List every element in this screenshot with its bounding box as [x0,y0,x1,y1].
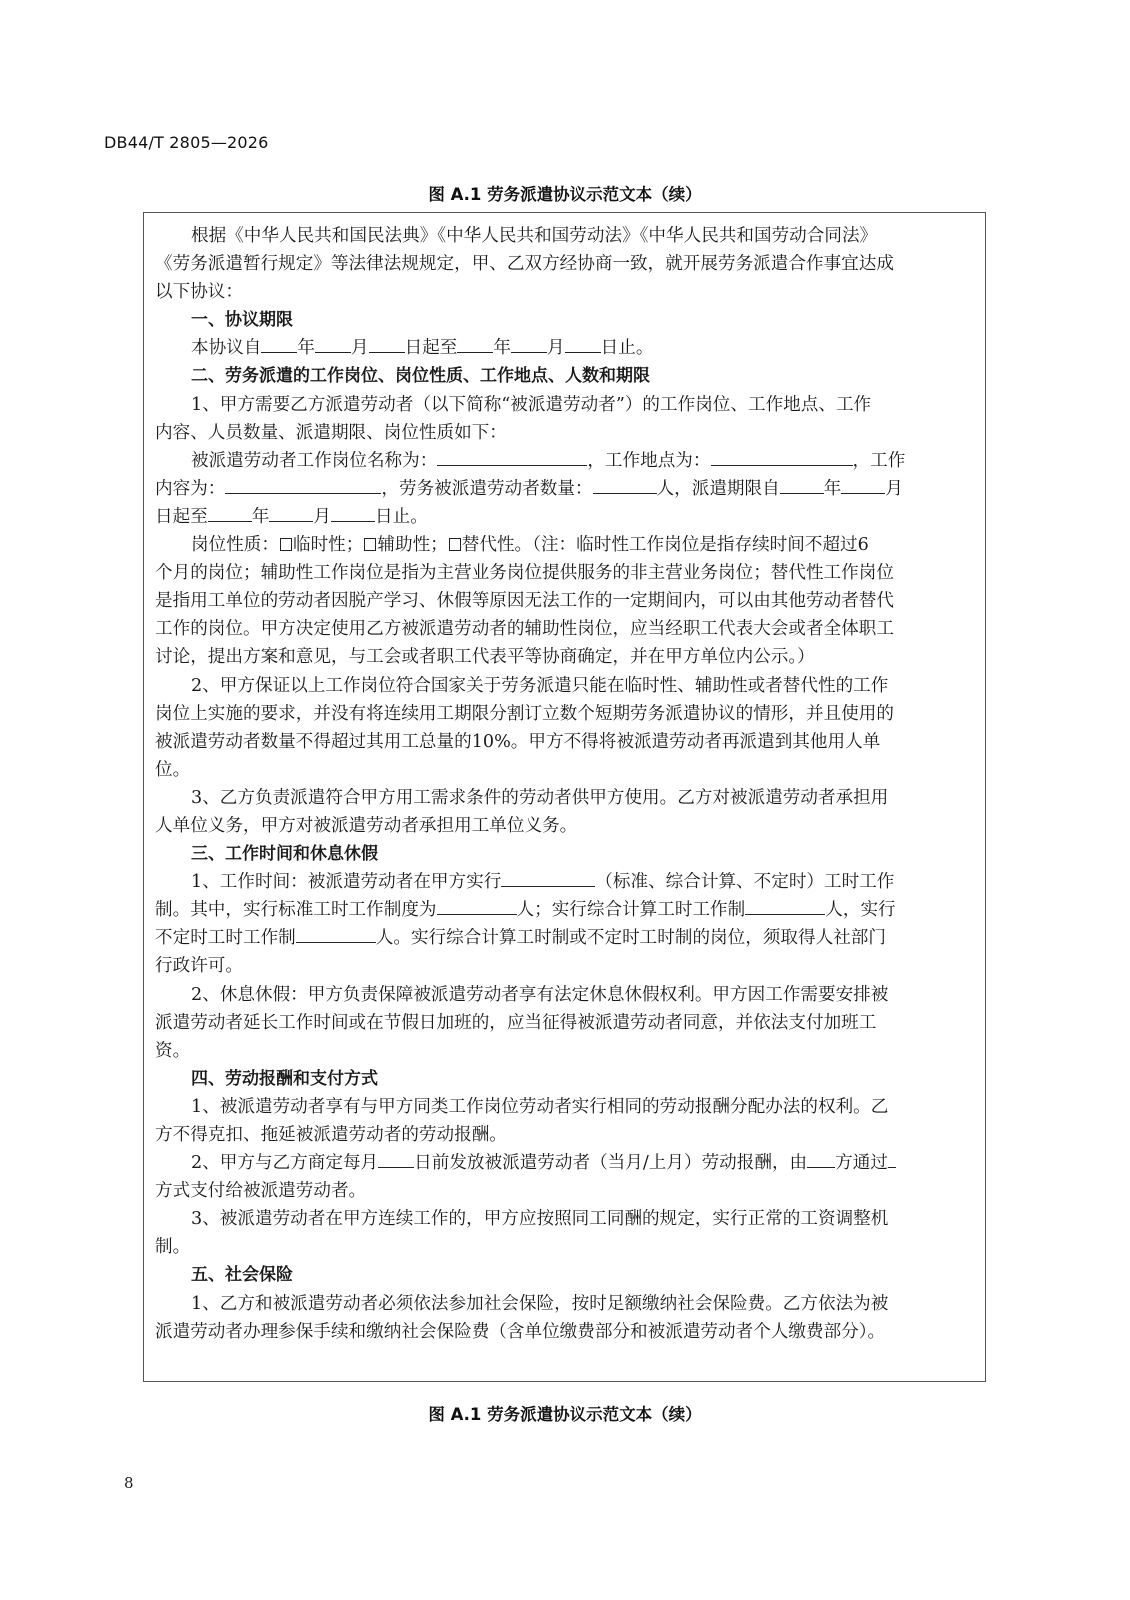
comprehensive-hours-count-field[interactable] [745,896,825,915]
pay-line: 2、甲方与乙方商定每月日前发放被派遣劳动者（当月/上月）劳动报酬，由方通过 [155,1149,977,1177]
post-line: 日起至年月日止。 [155,503,977,531]
paragraph-line: 行政许可。 [155,952,977,980]
paragraph-line: 人单位义务，甲方对被派遣劳动者承担用工单位义务。 [155,812,977,840]
text: 月 [547,338,565,358]
text: 人，实行 [825,900,895,920]
text: 年 [493,338,511,358]
text: 2、甲方与乙方商定每月 [191,1153,378,1173]
blank-field[interactable] [780,475,824,494]
text: ，劳务被派遣劳动者数量： [381,479,592,499]
text: 月 [885,479,903,499]
paragraph-line: 1、甲方需要乙方派遣劳动者（以下简称“被派遣劳动者”）的工作岗位、工作地点、工作 [155,391,977,419]
paragraph-line: 3、被派遣劳动者在甲方连续工作的，甲方应按照同工同酬的规定，实行正常的工资调整机 [155,1205,977,1233]
text: 1、工作时间：被派遣劳动者在甲方实行 [191,872,501,892]
paragraph-line: 资。 [155,1037,977,1065]
text: 日起至 [155,507,208,527]
checkbox-auxiliary[interactable] [364,538,376,551]
figure-caption-top: 图 A.1 劳务派遣协议示范文本（续） [0,181,1130,205]
paragraph-line: 讨论，提出方案和意见，与工会或者职工代表平等协商确定，并在甲方单位内公示。） [155,643,977,671]
paragraph-line: 派遣劳动者办理参保手续和缴纳社会保险费（含单位缴费部分和被派遣劳动者个人缴费部分… [155,1318,977,1346]
blank-field[interactable] [315,334,351,353]
post-name-field[interactable] [437,447,587,466]
paragraph-line: 方不得克扣、拖延被派遣劳动者的劳动报酬。 [155,1121,977,1149]
hours-line: 不定时工时工作制人。实行综合计算工时制或不定时工时制的岗位，须取得人社部门 [155,924,977,952]
post-nature-line: 岗位性质：临时性；辅助性；替代性。（注：临时性工作岗位是指存续时间不超过6 [155,531,977,559]
text: 不定时工时工作制 [155,928,296,948]
paragraph-line: 岗位上实施的要求，并没有将连续用工期限分割订立数个短期劳务派遣协议的情形，并且使… [155,700,977,728]
section-title-remuneration: 四、劳动报酬和支付方式 [155,1065,977,1093]
figure-caption-bottom: 图 A.1 劳务派遣协议示范文本（续） [0,1401,1130,1425]
paragraph-line: 制。 [155,1233,977,1261]
paragraph-line: 1、被派遣劳动者享有与甲方同类工作岗位劳动者实行相同的劳动报酬分配办法的权利。乙 [155,1093,977,1121]
option-label: 辅助性； [377,535,447,555]
paragraph-line: 内容、人员数量、派遣期限、岗位性质如下： [155,419,977,447]
paragraph-line: 个月的岗位；辅助性工作岗位是指为主营业务岗位提供服务的非主营业务岗位；替代性工作… [155,559,977,587]
standard-hours-count-field[interactable] [437,896,517,915]
paragraph-line: 2、甲方保证以上工作岗位符合国家关于劳务派遣只能在临时性、辅助性或者替代性的工作 [155,672,977,700]
blank-field[interactable] [511,334,547,353]
text: （注：临时性工作岗位是指存续时间不超过6 [532,535,869,555]
text: 人；实行综合计算工时工作制 [517,900,746,920]
page-number: 8 [124,1474,134,1492]
agreement-body: 根据《中华人民共和国民法典》《中华人民共和国劳动法》《中华人民共和国劳动合同法》… [155,222,977,1346]
worker-count-field[interactable] [593,475,657,494]
blank-field[interactable] [331,503,375,522]
blank-field[interactable] [841,475,885,494]
text: 内容为： [155,479,225,499]
blank-field[interactable] [269,503,313,522]
option-label: 替代性。 [462,535,532,555]
blank-field[interactable] [457,334,493,353]
preamble-line: 以下协议： [155,278,977,306]
paragraph-line: 工作的岗位。甲方决定使用乙方被派遣劳动者的辅助性岗位，应当经职工代表大会或者全体… [155,615,977,643]
flexible-hours-count-field[interactable] [296,924,376,943]
work-content-field[interactable] [225,475,381,494]
checkbox-substitute[interactable] [449,538,461,551]
text: 人，派遣期限自 [657,479,780,499]
pay-method-field[interactable] [888,1149,896,1168]
section-title-term: 一、协议期限 [155,306,977,334]
preamble-line: 根据《中华人民共和国民法典》《中华人民共和国劳动法》《中华人民共和国劳动合同法》 [155,222,977,250]
text: 日前发放被派遣劳动者（当月/上月）劳动报酬，由 [414,1153,807,1173]
text: 岗位性质： [191,535,279,555]
text: 日起至 [405,338,458,358]
preamble-line: 《劳务派遣暂行规定》等法律法规规定，甲、乙双方经协商一致，就开展劳务派遣合作事宜… [155,250,977,278]
hours-line: 制。其中，实行标准工时工作制度为人；实行综合计算工时工作制人，实行 [155,896,977,924]
work-location-field[interactable] [711,447,853,466]
text: 人。实行综合计算工时制或不定时工时制的岗位，须取得人社部门 [376,928,886,948]
text: 年 [252,507,270,527]
text: 方通过 [835,1153,888,1173]
post-line: 被派遣劳动者工作岗位名称为：，工作地点为：，工作 [155,447,977,475]
text: 年 [824,479,842,499]
paragraph-line: 位。 [155,756,977,784]
paragraph-line: 被派遣劳动者数量不得超过其用工总量的10%。甲方不得将被派遣劳动者再派遣到其他用… [155,728,977,756]
blank-field[interactable] [208,503,252,522]
payer-field[interactable] [807,1149,835,1168]
hours-system-field[interactable] [501,868,595,887]
term-line: 本协议自年月日起至年月日止。 [155,334,977,362]
standard-code: DB44/T 2805—2026 [104,133,269,152]
paragraph-line: 派遣劳动者延长工作时间或在节假日加班的，应当征得被派遣劳动者同意，并依法支付加班… [155,1009,977,1037]
section-title-working-hours: 三、工作时间和休息休假 [155,840,977,868]
paragraph-line: 是指用工单位的劳动者因脱产学习、休假等原因无法工作的一定期间内，可以由其他劳动者… [155,587,977,615]
option-label: 临时性； [293,535,363,555]
section-title-social-insurance: 五、社会保险 [155,1261,977,1289]
paragraph-line: 3、乙方负责派遣符合甲方用工需求条件的劳动者供甲方使用。乙方对被派遣劳动者承担用 [155,784,977,812]
text: ，工作 [853,451,906,471]
checkbox-temporary[interactable] [280,538,292,551]
blank-field[interactable] [261,334,297,353]
paragraph-line: 2、休息休假：甲方负责保障被派遣劳动者享有法定休息休假权利。甲方因工作需要安排被 [155,981,977,1009]
text: 日止。 [601,338,654,358]
section-title-posts: 二、劳务派遣的工作岗位、岗位性质、工作地点、人数和期限 [155,362,977,390]
text: 被派遣劳动者工作岗位名称为： [191,451,437,471]
hours-line: 1、工作时间：被派遣劳动者在甲方实行（标准、综合计算、不定时）工时工作 [155,868,977,896]
text: 年 [297,338,315,358]
blank-field[interactable] [369,334,405,353]
text: 制。其中，实行标准工时工作制度为 [155,900,437,920]
text: 日止。 [375,507,428,527]
blank-field[interactable] [565,334,601,353]
text: （标准、综合计算、不定时）工时工作 [595,872,894,892]
text: 月 [313,507,331,527]
text: ，工作地点为： [587,451,710,471]
paragraph-line: 1、乙方和被派遣劳动者必须依法参加社会保险，按时足额缴纳社会保险费。乙方依法为被 [155,1290,977,1318]
text: 本协议自 [191,338,261,358]
post-line: 内容为：，劳务被派遣劳动者数量：人，派遣期限自年月 [155,475,977,503]
text: 月 [351,338,369,358]
paragraph-line: 方式支付给被派遣劳动者。 [155,1177,977,1205]
pay-day-field[interactable] [378,1149,414,1168]
